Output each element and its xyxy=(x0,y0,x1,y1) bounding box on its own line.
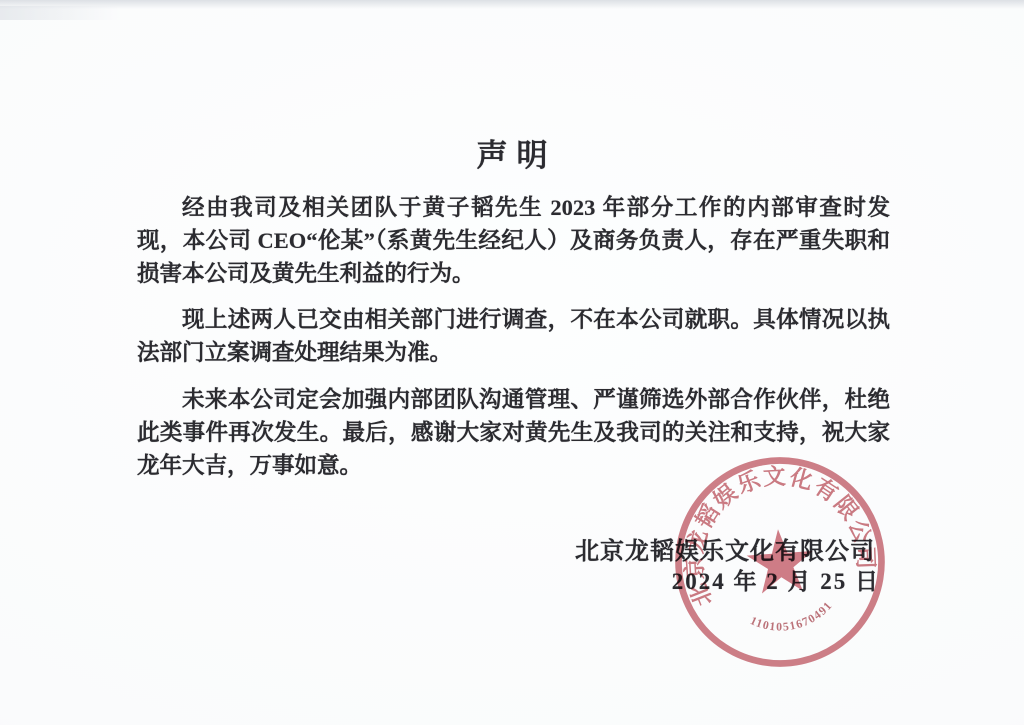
star-icon xyxy=(745,527,815,595)
company-seal: 北京龙韬娱乐文化有限公司 1101051670491 xyxy=(634,416,926,708)
svg-text:1101051670491: 1101051670491 xyxy=(746,597,838,641)
paragraph-1: 经由我司及相关团队于黄子韬先生 2023 年部分工作的内部审查时发现，本公司 C… xyxy=(137,192,890,290)
seal-serial-number: 1101051670491 xyxy=(746,597,838,641)
photo-edge-top xyxy=(0,0,1024,9)
paragraph-2: 现上述两人已交由相关部门进行调查，不在本公司就职。具体情况以执法部门立案调查处理… xyxy=(137,304,890,370)
photo-edge-corner xyxy=(0,6,120,20)
document-page: 声明 经由我司及相关团队于黄子韬先生 2023 年部分工作的内部审查时发现，本公… xyxy=(0,0,1024,725)
seal-ring-text: 北京龙韬娱乐文化有限公司 xyxy=(662,445,882,611)
document-title: 声明 xyxy=(0,130,1024,175)
svg-text:北京龙韬娱乐文化有限公司: 北京龙韬娱乐文化有限公司 xyxy=(662,445,882,611)
